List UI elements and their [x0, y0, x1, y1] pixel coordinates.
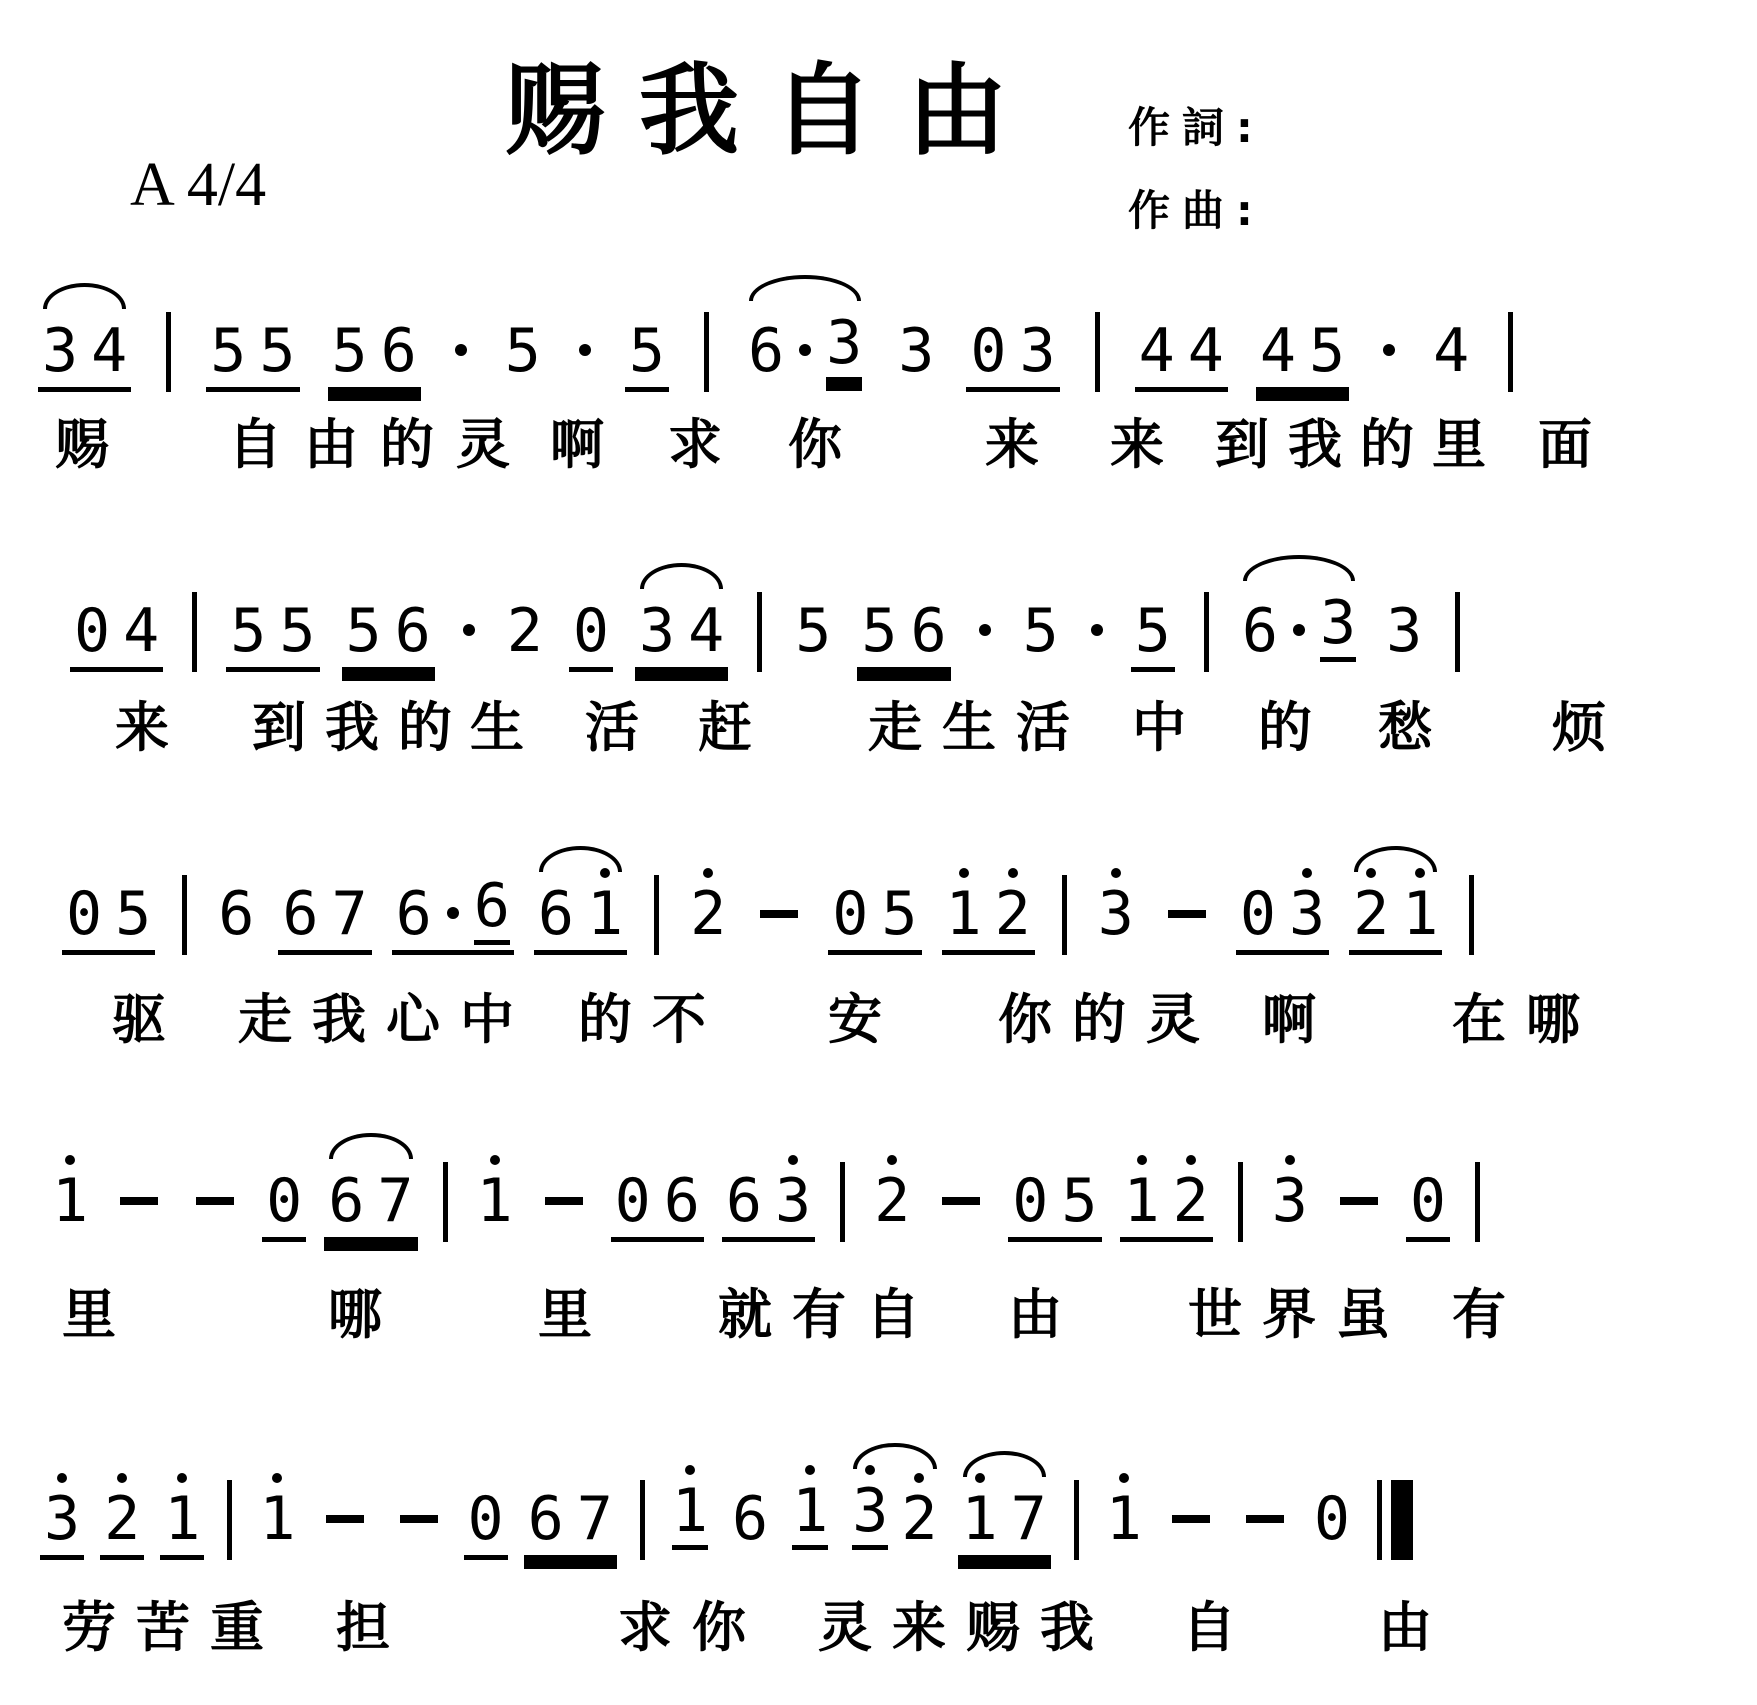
note-digit: 2 [1173, 1155, 1209, 1232]
note-digit-char: 5 [115, 883, 151, 945]
octave-dot-icon [177, 1473, 187, 1483]
barline [1508, 312, 1513, 392]
lyric-syllable: 灵 [1146, 990, 1200, 1050]
barline [640, 1480, 645, 1560]
note-group [573, 344, 597, 392]
barline [1062, 875, 1067, 955]
note-digit: 5 [259, 305, 295, 382]
octave-dot-icon [272, 1473, 282, 1483]
note-digit-char: 0 [1314, 1488, 1350, 1550]
note-digit: 0 [266, 1155, 302, 1232]
note-digit-char: 3 [1020, 320, 1056, 382]
note-digit: 1 [477, 1155, 513, 1232]
note-digit-char: 5 [505, 320, 541, 382]
note-digit: 2 [104, 1473, 140, 1550]
barline [1204, 592, 1209, 672]
lyric-syllable: 的 [398, 698, 452, 758]
dot-note-icon [1383, 344, 1395, 356]
note-digit-char: 2 [1353, 883, 1389, 945]
note-digit-char: 3 [775, 1170, 811, 1232]
lyric-syllable: 就 [718, 1285, 772, 1345]
note-group [457, 624, 481, 672]
dot-note-icon [799, 344, 811, 356]
note-digit: 5 [861, 585, 897, 662]
note-digit: 6 [282, 868, 318, 945]
note-digit: 6 [395, 585, 431, 662]
note-digit-char: 6 [726, 1170, 762, 1232]
lyric-syllable: 面 [1538, 415, 1592, 475]
note-group: 5 [501, 305, 545, 392]
note-digit-char: 2 [1173, 1170, 1209, 1232]
note-digit-char: 4 [1139, 320, 1175, 382]
barline [704, 312, 709, 392]
note-digit: 5 [332, 305, 368, 382]
note-group: 34 [38, 305, 131, 392]
barline-stroke [1455, 592, 1460, 672]
barline-stroke [1508, 312, 1513, 392]
note-group: 56 [342, 585, 435, 672]
dash-extension-icon [400, 1515, 438, 1523]
note-group: 0 [1406, 1155, 1450, 1242]
note-group: 44 [1135, 305, 1228, 392]
lyric-syllable: 的 [380, 415, 434, 475]
note-digit-char: 1 [259, 1488, 295, 1550]
octave-dot-icon [1137, 1155, 1147, 1165]
note-digit-char: 7 [332, 883, 368, 945]
note-group: 67 [524, 1473, 617, 1560]
note-digit-char: 6 [218, 883, 254, 945]
note-digit: 0 [468, 1473, 504, 1550]
note-group: 05 [1008, 1155, 1101, 1242]
barline-stroke [1062, 875, 1067, 955]
note-group: 5 [1131, 585, 1175, 672]
note-digit-char: 5 [795, 600, 831, 662]
barline-stroke [1475, 1162, 1480, 1242]
octave-dot-icon [117, 1473, 127, 1483]
note-digit-char: 3 [42, 320, 78, 382]
note-group [316, 1515, 374, 1560]
note-group [750, 910, 808, 955]
note-digit: 4 [1188, 305, 1224, 382]
note-group: 0 [1310, 1473, 1354, 1560]
note-digit: 5 [1061, 1155, 1097, 1232]
note-digit: 6 [1242, 585, 1278, 662]
octave-dot-icon [805, 1465, 815, 1475]
octave-dot-icon [887, 1155, 897, 1165]
lyric-syllable: 啊 [550, 415, 604, 475]
dash-extension-icon [196, 1197, 234, 1205]
notation-line-4: 1067106632051230 [48, 1155, 1487, 1242]
note-digit: 5 [1135, 585, 1171, 662]
lyric-syllable: 灵 [818, 1598, 872, 1658]
key-signature: A 4/4 [130, 150, 266, 221]
note-group: 1 [255, 1473, 299, 1560]
lyric-syllable: 世 [1188, 1285, 1242, 1345]
note-group: 5 [1019, 585, 1063, 672]
lyric-syllable: 来 [115, 698, 169, 758]
lyric-syllable: 走 [238, 990, 292, 1050]
note-digit-char: 6 [396, 883, 432, 945]
note-digit-char: 5 [861, 600, 897, 662]
note-digit-char: 4 [91, 320, 127, 382]
barline-stroke [1074, 1480, 1079, 1560]
note-group: 3 [1094, 868, 1138, 955]
note-digit-char: 6 [538, 883, 574, 945]
note-digit-char: 2 [901, 1488, 937, 1550]
note-group: 2 [503, 585, 547, 672]
note-digit-char: 0 [1240, 883, 1276, 945]
octave-dot-icon [788, 1155, 798, 1165]
notation-line-2: 045556203455655633 [70, 577, 1467, 672]
lyric-syllable: 你 [998, 990, 1052, 1050]
note-digit: 3 [42, 305, 78, 382]
note-digit-char: 1 [946, 883, 982, 945]
note-group: 05 [62, 868, 155, 955]
lyric-syllable: 里 [1432, 415, 1486, 475]
note-digit-char: 6 [528, 1488, 564, 1550]
dash-extension-icon [760, 910, 798, 918]
slur-arc [963, 1451, 1046, 1477]
note-digit-char: 4 [688, 600, 724, 662]
note-digit: 0 [1410, 1155, 1446, 1232]
lyric-syllable: 生 [942, 698, 996, 758]
note-group: 0 [262, 1155, 306, 1242]
lyric-syllable: 我 [1040, 1598, 1094, 1658]
note-digit: 6 [664, 1155, 700, 1232]
note-digit: 5 [505, 305, 541, 382]
note-digit: 4 [1260, 305, 1296, 382]
lyric-syllable: 的 [1072, 990, 1126, 1050]
note-digit: 1 [1106, 1473, 1142, 1550]
lyric-syllable: 愁 [1378, 698, 1432, 758]
note-digit-char: 1 [52, 1170, 88, 1232]
barline [443, 1162, 448, 1242]
note-digit-char: 3 [44, 1488, 80, 1550]
note-group [1330, 1197, 1388, 1242]
octave-dot-icon [914, 1473, 924, 1483]
note-group: 04 [70, 585, 163, 672]
sheet-music-page: 赐我自由 作詞: 作曲: A 4/4 345556556330344454赐自由… [0, 0, 1757, 1705]
lyric-syllable: 走 [868, 698, 922, 758]
lyric-syllable: 有 [792, 1285, 846, 1345]
note-group: 1 [473, 1155, 517, 1242]
note-digit-char: 0 [970, 320, 1006, 382]
slur-arc [539, 846, 622, 872]
note-digit-char: 5 [1135, 600, 1171, 662]
note-digit: 0 [1012, 1155, 1048, 1232]
note-group: 66 [392, 860, 514, 955]
note-digit-char: 1 [962, 1488, 998, 1550]
note-group: 45 [1256, 305, 1349, 392]
note-digit: 6 [748, 305, 784, 382]
note-digit-char: 5 [230, 600, 266, 662]
note-group [110, 1197, 168, 1242]
note-digit-char: 5 [332, 320, 368, 382]
barline-stroke [1204, 592, 1209, 672]
lyric-syllable: 赶 [698, 698, 752, 758]
barline [192, 592, 197, 672]
note-digit-char: 4 [1433, 320, 1469, 382]
note-digit-char: 0 [615, 1170, 651, 1232]
note-digit-char: 1 [1106, 1488, 1142, 1550]
dash-extension-icon [1246, 1515, 1284, 1523]
barline [227, 1480, 232, 1560]
note-group [390, 1515, 448, 1560]
octave-dot-icon [703, 868, 713, 878]
note-digit-char: 1 [587, 883, 623, 945]
note-digit: 5 [629, 305, 665, 382]
note-group: 3 [894, 305, 938, 392]
note-digit-char: 5 [1309, 320, 1345, 382]
note-digit: 4 [688, 585, 724, 662]
dash-extension-icon [120, 1197, 158, 1205]
note-digit-char: 1 [792, 1480, 828, 1550]
note-group [973, 624, 997, 672]
note-digit: 3 [775, 1155, 811, 1232]
note-group [186, 1197, 244, 1242]
lyric-syllable: 到 [1215, 415, 1269, 475]
composer-label: 作曲: [1128, 178, 1265, 238]
note-group: 67 [278, 868, 371, 955]
lyric-syllable: 活 [1016, 698, 1070, 758]
note-digit-char: 3 [1320, 592, 1356, 662]
lyric-syllable: 我 [1288, 415, 1342, 475]
notation-line-3: 0566766612051230321 [62, 860, 1481, 955]
note-digit: 7 [377, 1155, 413, 1232]
note-digit-char: 3 [1272, 1170, 1308, 1232]
dash-extension-icon [545, 1197, 583, 1205]
note-group: 63 [722, 1155, 815, 1242]
lyric-syllable: 在 [1452, 990, 1506, 1050]
note-digit-char: 0 [266, 1170, 302, 1232]
note-digit: 6 [218, 868, 254, 945]
note-group: 5 [625, 305, 669, 392]
notation-line-1: 345556556330344454 [38, 297, 1520, 392]
note-group: 0 [464, 1473, 508, 1560]
barline-stroke [840, 1162, 845, 1242]
note-group: 1 [160, 1473, 204, 1560]
note-digit: 5 [230, 585, 266, 662]
note-group: 55 [226, 585, 319, 672]
barline-stroke [640, 1480, 645, 1560]
note-digit: 6 [726, 1155, 762, 1232]
note-digit: 0 [970, 305, 1006, 382]
note-digit: 0 [573, 585, 609, 662]
note-group [1236, 1515, 1294, 1560]
note-group: 63 [1238, 577, 1360, 672]
note-digit: 3 [1289, 868, 1325, 945]
note-digit: 5 [1023, 585, 1059, 662]
final-barline [1377, 1480, 1413, 1560]
lyric-syllable: 苦 [136, 1598, 190, 1658]
note-group: 1 [1102, 1473, 1146, 1560]
note-digit-char: 7 [377, 1170, 413, 1232]
note-digit: 1 [672, 1465, 708, 1550]
note-digit: 5 [279, 585, 315, 662]
octave-dot-icon [65, 1155, 75, 1165]
note-group: 21 [1349, 868, 1442, 955]
lyric-syllable: 自 [1182, 1598, 1236, 1658]
barline-stroke [1238, 1162, 1243, 1242]
note-digit: 0 [1314, 1473, 1350, 1550]
octave-dot-icon [685, 1465, 695, 1475]
note-digit-char: 6 [911, 600, 947, 662]
note-group: 0 [569, 585, 613, 672]
barline-stroke [757, 592, 762, 672]
dot-note-icon [463, 624, 475, 636]
note-digit-char: 7 [1011, 1488, 1047, 1550]
note-digit-char: 5 [279, 600, 315, 662]
barline [182, 875, 187, 955]
lyric-syllable: 我 [325, 698, 379, 758]
note-group [1085, 624, 1109, 672]
note-digit-char: 2 [104, 1488, 140, 1550]
note-group [932, 1197, 990, 1242]
dash-extension-icon [942, 1197, 980, 1205]
lyric-syllable: 安 [828, 990, 882, 1050]
barline-stroke [1095, 312, 1100, 392]
lyric-syllable: 我 [312, 990, 366, 1050]
lyric-syllable: 的 [1258, 698, 1312, 758]
lyric-syllable: 赐 [55, 415, 109, 475]
note-digit-char: 0 [573, 600, 609, 662]
note-digit-char: 1 [477, 1170, 513, 1232]
note-group [449, 344, 473, 392]
barline-stroke [1469, 875, 1474, 955]
lyric-syllable: 到 [252, 698, 306, 758]
lyric-syllable: 里 [62, 1285, 116, 1345]
note-digit: 6 [396, 868, 432, 945]
barline-stroke [443, 1162, 448, 1242]
lyric-syllable: 自 [228, 415, 282, 475]
octave-dot-icon [1119, 1473, 1129, 1483]
note-digit: 7 [577, 1473, 613, 1550]
note-digit: 0 [1240, 868, 1276, 945]
barline-stroke [182, 875, 187, 955]
dash-extension-icon [1168, 910, 1206, 918]
note-digit-char: 0 [1410, 1170, 1446, 1232]
note-digit: 0 [832, 868, 868, 945]
lyric-syllable: 不 [652, 990, 706, 1050]
note-digit: 5 [210, 305, 246, 382]
note-digit-char: 5 [346, 600, 382, 662]
note-group: 17 [958, 1473, 1051, 1560]
note-digit-char: 4 [123, 600, 159, 662]
note-digit-char: 6 [282, 883, 318, 945]
note-group: 34 [635, 585, 728, 672]
octave-dot-icon [57, 1473, 67, 1483]
lyric-syllable: 由 [1008, 1285, 1062, 1345]
note-digit-char: 0 [832, 883, 868, 945]
lyric-syllable: 驱 [112, 990, 166, 1050]
note-digit: 0 [66, 868, 102, 945]
lyric-syllable: 来 [892, 1598, 946, 1658]
note-group: 63 [744, 297, 866, 392]
barline [166, 312, 171, 392]
barline [1238, 1162, 1243, 1242]
note-digit: 3 [44, 1473, 80, 1550]
note-digit: 4 [91, 305, 127, 382]
note-digit: 1 [946, 868, 982, 945]
note-digit: 1 [52, 1155, 88, 1232]
lyric-syllable: 由 [1378, 1598, 1432, 1658]
note-digit-char: 3 [826, 312, 862, 382]
dot-note-icon [1091, 624, 1103, 636]
note-digit: 3 [1272, 1155, 1308, 1232]
lyric-syllable: 来 [1110, 415, 1164, 475]
note-digit-char: 3 [852, 1480, 888, 1550]
note-digit-char: 3 [898, 320, 934, 382]
note-digit: 6 [528, 1473, 564, 1550]
note-digit-char: 6 [748, 320, 784, 382]
barline [1455, 592, 1460, 672]
note-digit-char: 4 [1188, 320, 1224, 382]
note-group: 3 [40, 1473, 84, 1560]
lyric-syllable: 中 [460, 990, 514, 1050]
lyric-syllable: 界 [1262, 1285, 1316, 1345]
note-digit: 6 [911, 585, 947, 662]
lyric-syllable: 灵 [456, 415, 510, 475]
note-group: 2 [686, 868, 730, 955]
slur-arc [1243, 555, 1355, 581]
octave-dot-icon [1186, 1155, 1196, 1165]
note-digit: 3 [898, 305, 934, 382]
note-group: 2 [100, 1473, 144, 1560]
note-digit: 1 [1124, 1155, 1160, 1232]
note-digit: 0 [74, 585, 110, 662]
note-digit: 0 [615, 1155, 651, 1232]
slur-arc [749, 275, 861, 301]
note-digit: 5 [1309, 305, 1345, 382]
note-digit: 3 [639, 585, 675, 662]
note-digit: 4 [123, 585, 159, 662]
slur-arc [329, 1133, 412, 1159]
slur-arc [853, 1443, 936, 1469]
lyric-syllable: 由 [304, 415, 358, 475]
barline [1095, 312, 1100, 392]
note-digit: 1 [1402, 868, 1438, 945]
note-digit: 4 [1139, 305, 1175, 382]
barline-stroke [654, 875, 659, 955]
note-digit: 2 [874, 1155, 910, 1232]
barline-stroke [192, 592, 197, 672]
note-digit-char: 0 [66, 883, 102, 945]
note-group: 3 [1382, 585, 1426, 672]
dot-note-icon [979, 624, 991, 636]
note-digit-char: 5 [259, 320, 295, 382]
note-digit-char: 7 [577, 1488, 613, 1550]
lyric-syllable: 你 [788, 415, 842, 475]
note-group [1158, 910, 1216, 955]
octave-dot-icon [490, 1155, 500, 1165]
note-group: 1 [668, 1465, 712, 1560]
note-digit-char: 3 [1098, 883, 1134, 945]
barline [840, 1162, 845, 1242]
note-digit: 1 [164, 1473, 200, 1550]
note-digit-char: 2 [507, 600, 543, 662]
octave-dot-icon [959, 868, 969, 878]
lyric-syllable: 的 [578, 990, 632, 1050]
note-digit: 3 [1098, 868, 1134, 945]
note-group: 06 [611, 1155, 704, 1242]
lyricist-label: 作詞: [1128, 95, 1265, 155]
note-digit: 1 [259, 1473, 295, 1550]
octave-dot-icon [1302, 868, 1312, 878]
note-digit-char: 3 [639, 600, 675, 662]
note-digit: 1 [792, 1465, 828, 1550]
note-digit-char: 6 [395, 600, 431, 662]
barline [1074, 1480, 1079, 1560]
